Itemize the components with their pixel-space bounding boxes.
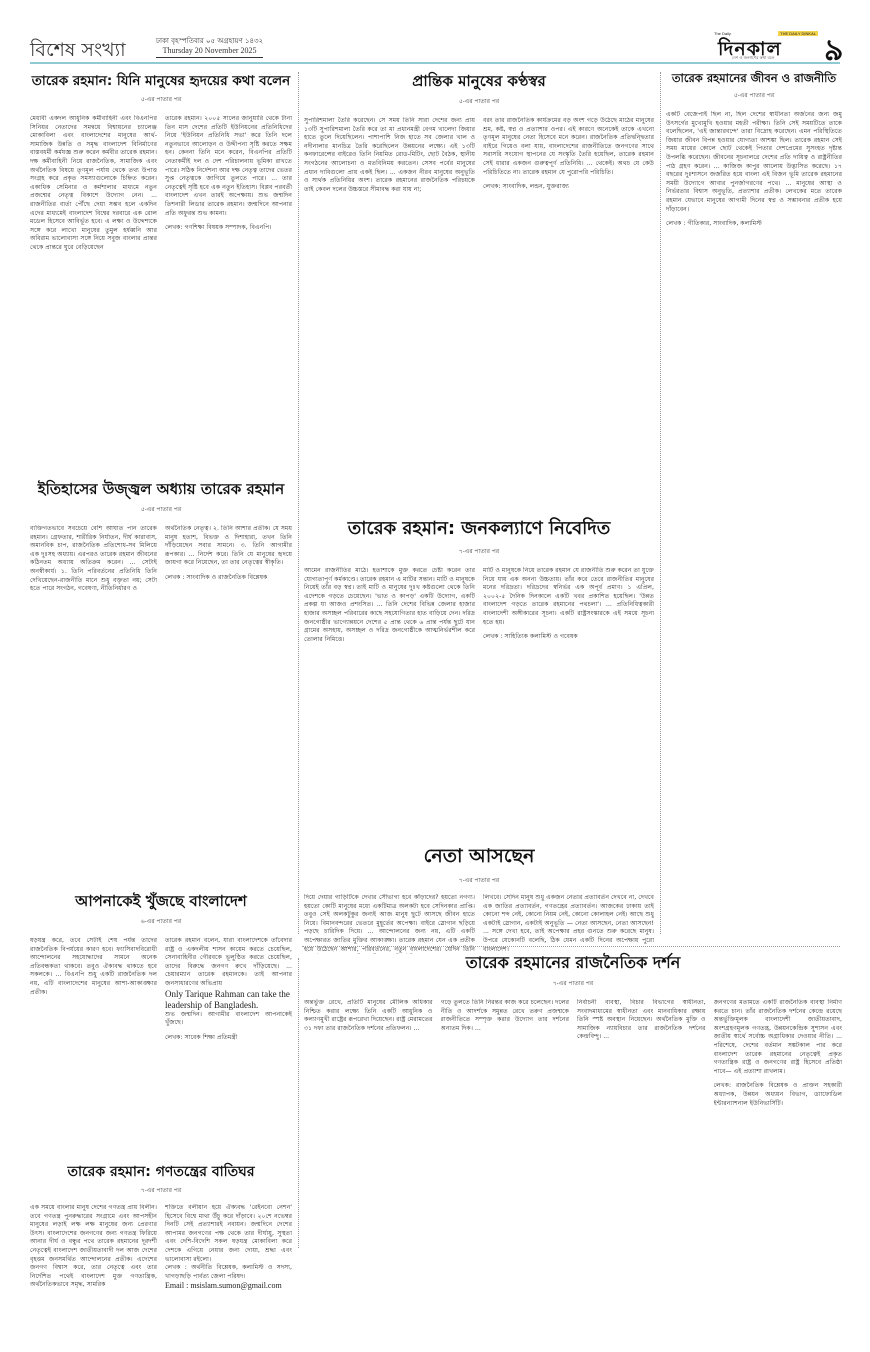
article-title: তারেক রহমান: জনকল্যাণে নিবেদিত	[304, 514, 654, 545]
article-8: তারেক রহমান: গণতন্ত্রের বাতিঘর ৭-এর পাতা…	[30, 1160, 292, 1300]
logo-small-right: THE DAILY DINKAL	[778, 31, 818, 36]
article-column: সুপারিশমালা তৈরি করেছেন। সে সময় তিনি সা…	[304, 117, 475, 517]
paragraph: একটি বেজেপাই ছিল না, ছিল দেশের স্বাধীনতা…	[666, 111, 842, 214]
article-9: তারেক রহমানের রাজনৈতিক দর্শন ৭-এর পাতার …	[304, 950, 842, 1295]
closing-line: শুভ জন্মদিন। আগামীর বাংলাদেশ আপনাকেই খুঁ…	[165, 1011, 292, 1028]
author-line: লেখক: গণশিক্ষা বিষয়ক সম্পাদক, বিএনপি।	[165, 224, 292, 233]
author-line: লেখক: রাজনৈতিক বিশ্লেষক ও প্রাক্তন সহকার…	[714, 1082, 843, 1108]
continued-from: ৫-এর পাতার পর	[304, 96, 654, 107]
continued-from: ৫-এর পাতার পর	[30, 504, 292, 515]
paragraph: গড়ে তুলতে তিনি নিরন্তর কাজ করে চলেছেন। …	[441, 999, 570, 1033]
paragraph: অন্তর্ভুক্ত রেখে, প্রতিটি মানুষের মৌলিক …	[304, 999, 433, 1033]
continued-from: ৭-এর পাতার পর	[30, 1185, 292, 1196]
article-1: তারেক রহমান: যিনি মানুষের হৃদয়ের কথা বল…	[30, 70, 292, 453]
article-3: তারেক রহমানের জীবন ও রাজনীতি ৫-এর পাতার …	[666, 70, 842, 961]
article-column: এক সময়ে বাংলার মানুষ দেশের গণতন্ত্র প্র…	[30, 1204, 157, 1300]
continued-from: ৫-এর পাতার পর	[30, 94, 292, 105]
paragraph: ষড়যন্ত্র করে, তবে সেটাই শেষ পর্যন্ত তাদ…	[30, 937, 157, 997]
article-title: ইতিহাসের উজ্জ্বল অধ্যায় তারেক রহমান	[30, 478, 292, 503]
article-column: বরং তার রাজনৈতিক কার্যক্রমের বড় অংশ গড়…	[483, 117, 654, 517]
continued-from: ৬-এর পাতার পর	[30, 916, 292, 927]
article-column: লিখবে। সেদিন মানুষ শুধু একজন নেতার প্রত্…	[483, 894, 654, 954]
article-column: নির্বাচনী ব্যবস্থা, বিচার বিভাগের স্বাধী…	[577, 999, 706, 1295]
article-column: ষড়যন্ত্র করে, তবে সেটাই শেষ পর্যন্ত তাদ…	[30, 937, 157, 1177]
paragraph: জনগণের মতামতে একটি রাজনৈতিক ব্যবস্থা নির…	[714, 999, 843, 1076]
paragraph: মাটি ও মানুষকে নিয়ে তারেক রহমান যে রাজন…	[483, 567, 654, 627]
paragraph: সুপারিশমালা তৈরি করেছেন। সে সময় তিনি সা…	[304, 117, 475, 194]
date-english: Thursday 20 November 2025	[156, 46, 263, 56]
header-rule	[30, 62, 840, 64]
paragraph: লিখবে। সেদিন মানুষ শুধু একজন নেতার প্রত্…	[483, 894, 654, 954]
article-column: মাটি ও মানুষকে নিয়ে তারেক রহমান যে রাজন…	[483, 567, 654, 865]
column-divider	[298, 72, 299, 934]
article-2: প্রান্তিক মানুষের কণ্ঠস্বর ৫-এর পাতার পর…	[304, 70, 654, 517]
paragraph: তারেক রহমান। ২০০৫ সালের জানুয়ারি থেকে ট…	[165, 115, 292, 218]
column-divider	[660, 72, 661, 934]
article-column: মেধাবী একদল আধুনিক কর্মীবাহিনী এবং বিএনপ…	[30, 115, 157, 453]
english-quote: Only Tarique Rahman can take the leaders…	[165, 989, 292, 1011]
paragraph: অর্থনৈতিক নেতৃত্ব। ২. তিনি আশার প্রতীক। …	[165, 525, 292, 568]
paragraph: দিয়ে দেয়ার গাড়িটিকে দেখার সৌভাগ্য হবে…	[304, 894, 475, 954]
paragraph: শক্তিতে বলীয়ান হয়ে ঐক্যবদ্ধ 'রেইনবো নে…	[165, 1204, 292, 1264]
continued-from: ৫-এর পাতার পর	[666, 90, 842, 101]
dateline: ঢাকা বৃহস্পতিবার ০৫ অগ্রহায়ণ ১৪৩২ Thurs…	[156, 36, 263, 58]
continued-from: ৭-এর পাতার পর	[304, 978, 842, 989]
article-title: আপনাকেই খুঁজছে বাংলাদেশ	[30, 890, 292, 915]
article-column: জনগণের মতামতে একটি রাজনৈতিক ব্যবস্থা নির…	[714, 999, 843, 1295]
author-line: লেখক : সাহিত্যিক কলামিস্ট ও গবেষক	[483, 633, 654, 642]
author-email: Email : msislam.sumon@gmail.com	[165, 1281, 292, 1291]
article-column: আমেন রাজনীতির মাঠে। হতাশাকে মুক্ত করতে চ…	[304, 567, 475, 865]
article-column: তারেক রহমান বলেন, যারা বাংলাদেশকে তাঁবেদ…	[165, 937, 292, 1177]
paragraph: বরং তার রাজনৈতিক কার্যক্রমের বড় অংশ গড়…	[483, 117, 654, 177]
column-divider	[298, 958, 299, 1248]
article-column: দিয়ে দেয়ার গাড়িটিকে দেখার সৌভাগ্য হবে…	[304, 894, 475, 954]
paragraph: আমেন রাজনীতির মাঠে। হতাশাকে মুক্ত করতে চ…	[304, 567, 475, 644]
paragraph: ব্যক্তিগতভাবে সবচেয়ে বেশি আঘাত পান তারে…	[30, 525, 157, 594]
article-5: তারেক রহমান: জনকল্যাণে নিবেদিত ৭-এর পাতা…	[304, 514, 654, 865]
date-bengali: ঢাকা বৃহস্পতিবার ০৫ অগ্রহায়ণ ১৪৩২	[156, 36, 263, 46]
paragraph: মেধাবী একদল আধুনিক কর্মীবাহিনী এবং বিএনপ…	[30, 115, 157, 253]
article-column: তারেক রহমান। ২০০৫ সালের জানুয়ারি থেকে ট…	[165, 115, 292, 453]
article-4: ইতিহাসের উজ্জ্বল অধ্যায় তারেক রহমান ৫-এ…	[30, 478, 292, 875]
paragraph: এক সময়ে বাংলার মানুষ দেশের গণতন্ত্র প্র…	[30, 1204, 157, 1290]
article-7: আপনাকেই খুঁজছে বাংলাদেশ ৬-এর পাতার পর ষড…	[30, 890, 292, 1177]
article-column: গড়ে তুলতে তিনি নিরন্তর কাজ করে চলেছেন। …	[441, 999, 570, 1295]
article-title: তারেক রহমান: যিনি মানুষের হৃদয়ের কথা বল…	[30, 70, 292, 93]
continued-from: ৭-এর পাতার পর	[304, 875, 654, 886]
article-column: শক্তিতে বলীয়ান হয়ে ঐক্যবদ্ধ 'রেইনবো নে…	[165, 1204, 292, 1300]
continued-from: ৭-এর পাতার পর	[304, 546, 654, 557]
author-line: লেখক : গীতিকার, সাংবাদিক, কলামিস্ট	[666, 220, 842, 229]
article-column: অর্থনৈতিক নেতৃত্ব। ২. তিনি আশার প্রতীক। …	[165, 525, 292, 875]
page-header: বিশেষ সংখ্যা ঢাকা বৃহস্পতিবার ০৫ অগ্রহায…	[0, 0, 870, 60]
article-column: একটি বেজেপাই ছিল না, ছিল দেশের স্বাধীনতা…	[666, 111, 842, 961]
paragraph: নির্বাচনী ব্যবস্থা, বিচার বিভাগের স্বাধী…	[577, 999, 706, 1042]
author-line: লেখক : সাংবাদিক ও রাজনৈতিক বিশ্লেষক	[165, 574, 292, 583]
article-title: তারেক রহমানের জীবন ও রাজনীতি	[666, 70, 842, 89]
article-title: প্রান্তিক মানুষের কণ্ঠস্বর	[304, 70, 654, 95]
author-line: লেখক : অর্থনীতি বিশ্লেষক, কলামিস্ট ও সদস…	[165, 1264, 292, 1281]
article-title: তারেক রহমানের রাজনৈতিক দর্শন	[304, 950, 842, 977]
article-6: নেতা আসছেন ৭-এর পাতার পর দিয়ে দেয়ার গা…	[304, 842, 654, 954]
newspaper-logo: The Daily THE DAILY DINKAL দিনকাল দেশ ও …	[712, 31, 820, 61]
article-column: অন্তর্ভুক্ত রেখে, প্রতিটি মানুষের মৌলিক …	[304, 999, 433, 1295]
logo-tagline: দেশ ও জনগণের কথা বলে	[732, 55, 774, 62]
author-line: লেখক: সাবেক শিক্ষা প্রতিমন্ত্রী	[165, 1034, 292, 1043]
article-title: তারেক রহমান: গণতন্ত্রের বাতিঘর	[30, 1160, 292, 1184]
paragraph: তারেক রহমান বলেন, যারা বাংলাদেশকে তাঁবেদ…	[165, 937, 292, 989]
article-title: নেতা আসছেন	[304, 842, 654, 874]
author-line: লেখক: সাংবাদিক, লন্ডন, যুক্তরাজ্য	[483, 183, 654, 192]
article-column: ব্যক্তিগতভাবে সবচেয়ে বেশি আঘাত পান তারে…	[30, 525, 157, 875]
